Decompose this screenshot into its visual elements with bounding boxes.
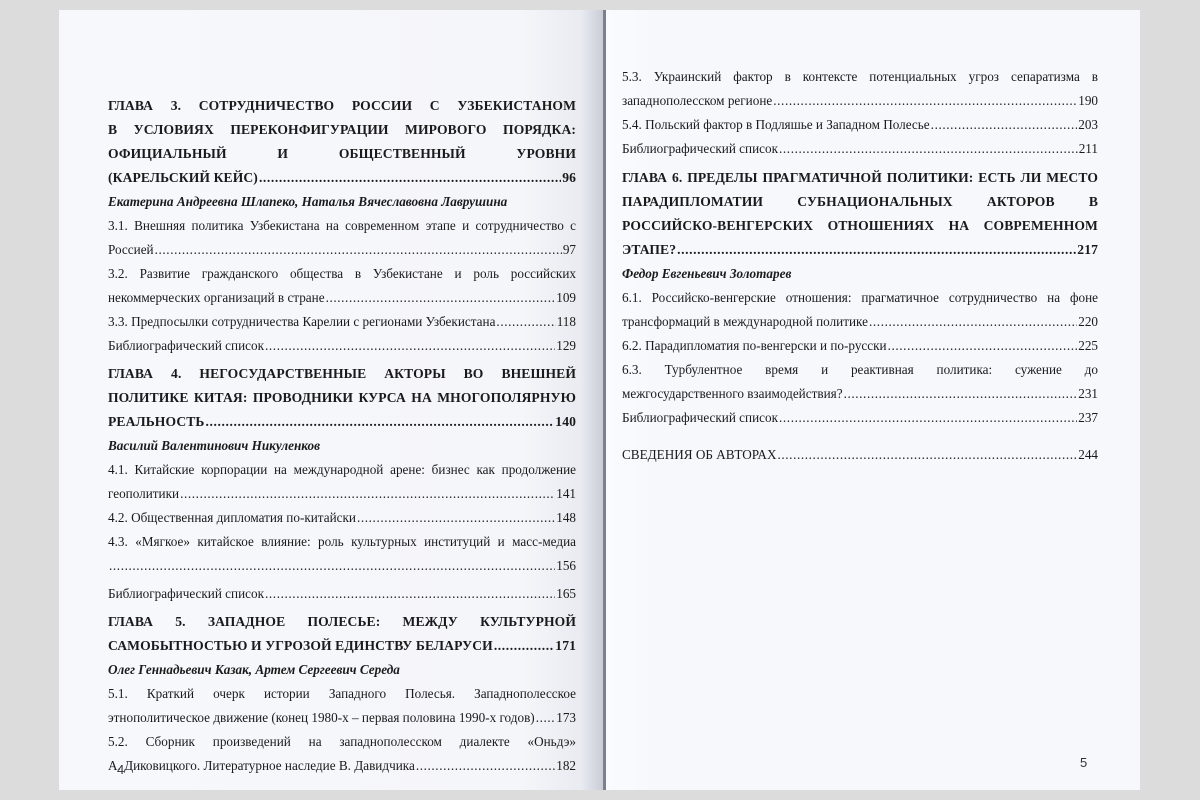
- page-number-right: 5: [1080, 755, 1087, 770]
- section-3-2-entry[interactable]: некоммерческих организаций в стране109: [108, 289, 576, 307]
- section-6-1-entry[interactable]: трансформаций в международной политике22…: [622, 313, 1098, 331]
- chapter-5-authors: Олег Геннадьевич Казак, Артем Сергеевич …: [108, 661, 576, 679]
- chapter-3-title-line-1: ГЛАВА 3. СОТРУДНИЧЕСТВО РОССИИ С УЗБЕКИС…: [108, 97, 576, 115]
- section-5-3-line-1: 5.3. Украинский фактор в контексте потен…: [622, 68, 1098, 86]
- page-ref: 96: [562, 169, 576, 187]
- section-3-2-line-1: 3.2. Развитие гражданского общества в Уз…: [108, 265, 576, 283]
- section-5-3-entry[interactable]: западнополесском регионе190: [622, 92, 1098, 110]
- section-6-3-entry[interactable]: межгосударственного взаимодействия?231: [622, 385, 1098, 403]
- section-5-2-entry[interactable]: А. Диковицкого. Литературное наследие В.…: [108, 757, 576, 775]
- chapter-4-bibliography-entry[interactable]: Библиографический список165: [108, 585, 576, 603]
- section-5-1-line-1: 5.1. Краткий очерк истории Западного Пол…: [108, 685, 576, 703]
- chapter-4-title-line-2: ПОЛИТИКЕ КИТАЯ: ПРОВОДНИКИ КУРСА НА МНОГ…: [108, 389, 576, 407]
- chapter-3-bibliography-entry[interactable]: Библиографический список129: [108, 337, 576, 355]
- chapter-6-title-line-2: ПАРАДИПЛОМАТИИ СУБНАЦИОНАЛЬНЫХ АКТОРОВ В: [622, 193, 1098, 211]
- section-3-1-line-1: 3.1. Внешняя политика Узбекистана на сов…: [108, 217, 576, 235]
- section-5-1-entry[interactable]: этнополитическое движение (конец 1980-х …: [108, 709, 576, 727]
- authors-info-entry[interactable]: СВЕДЕНИЯ ОБ АВТОРАХ244: [622, 446, 1098, 464]
- section-4-3-entry[interactable]: 156: [108, 557, 576, 575]
- section-6-3-line-1: 6.3. Турбулентное время и реактивная пол…: [622, 361, 1098, 379]
- section-5-4-entry[interactable]: 5.4. Польский фактор в Подляшье и Западн…: [622, 116, 1098, 134]
- book-spread: ГЛАВА 3. СОТРУДНИЧЕСТВО РОССИИ С УЗБЕКИС…: [59, 10, 1140, 790]
- chapter-5-title-line-1: ГЛАВА 5. ЗАПАДНОЕ ПОЛЕСЬЕ: МЕЖДУ КУЛЬТУР…: [108, 613, 576, 631]
- chapter-5-entry[interactable]: САМОБЫТНОСТЬЮ И УГРОЗОЙ ЕДИНСТВУ БЕЛАРУС…: [108, 637, 576, 655]
- section-3-1-entry[interactable]: Россией97: [108, 241, 576, 259]
- section-5-2-line-1: 5.2. Сборник произведений на западнополе…: [108, 733, 576, 751]
- chapter-6-title-line-1: ГЛАВА 6. ПРЕДЕЛЫ ПРАГМАТИЧНОЙ ПОЛИТИКИ: …: [622, 169, 1098, 187]
- section-4-1-line-1: 4.1. Китайские корпорации на международн…: [108, 461, 576, 479]
- section-4-3-line-1: 4.3. «Мягкое» китайское влияние: роль ку…: [108, 533, 576, 551]
- chapter-4-authors: Василий Валентинович Никуленков: [108, 437, 576, 455]
- chapter-3-entry[interactable]: (КАРЕЛЬСКИЙ КЕЙС)96: [108, 169, 576, 187]
- section-6-2-entry[interactable]: 6.2. Парадипломатия по-венгерски и по-ру…: [622, 337, 1098, 355]
- chapter-6-authors: Федор Евгеньевич Золотарев: [622, 265, 1098, 283]
- chapter-4-entry[interactable]: РЕАЛЬНОСТЬ140: [108, 413, 576, 431]
- page-number-left: 4: [117, 762, 124, 777]
- chapter-3-authors: Екатерина Андреевна Шлапеко, Наталья Вяч…: [108, 193, 576, 211]
- chapter-6-bibliography-entry[interactable]: Библиографический список237: [622, 409, 1098, 427]
- chapter-4-title-line-1: ГЛАВА 4. НЕГОСУДАРСТВЕННЫЕ АКТОРЫ ВО ВНЕ…: [108, 365, 576, 383]
- chapter-3-title-line-2: В УСЛОВИЯХ ПЕРЕКОНФИГУРАЦИИ МИРОВОГО ПОР…: [108, 121, 576, 139]
- page-right: 5.3. Украинский фактор в контексте потен…: [606, 10, 1140, 790]
- section-4-2-entry[interactable]: 4.2. Общественная дипломатия по-китайски…: [108, 509, 576, 527]
- chapter-6-entry[interactable]: ЭТАПЕ?217: [622, 241, 1098, 259]
- chapter-6-title-line-3: РОССИЙСКО-ВЕНГЕРСКИХ ОТНОШЕНИЯХ НА СОВРЕ…: [622, 217, 1098, 235]
- section-6-1-line-1: 6.1. Российско-венгерские отношения: пра…: [622, 289, 1098, 307]
- page-left: ГЛАВА 3. СОТРУДНИЧЕСТВО РОССИИ С УЗБЕКИС…: [59, 10, 603, 790]
- chapter-3-title-line-3: ОФИЦИАЛЬНЫЙ И ОБЩЕСТВЕННЫЙ УРОВНИ: [108, 145, 576, 163]
- chapter-5-bibliography-entry[interactable]: Библиографический список211: [622, 140, 1098, 158]
- section-4-1-entry[interactable]: геополитики141: [108, 485, 576, 503]
- section-3-3-entry[interactable]: 3.3. Предпосылки сотрудничества Карелии …: [108, 313, 576, 331]
